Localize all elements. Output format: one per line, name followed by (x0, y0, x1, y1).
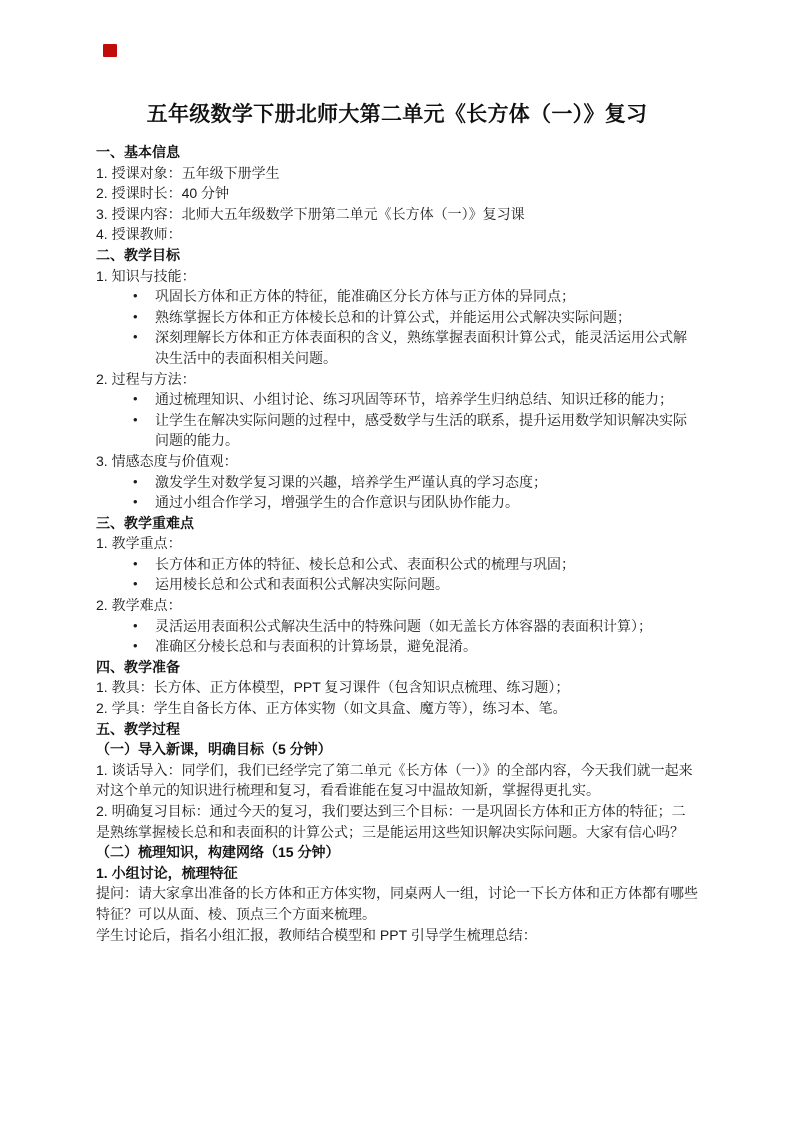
bullet-text: 深刻理解长方体和正方体表面积的含义，熟练掌握表面积计算公式，能灵活运用公式解决生… (155, 329, 687, 366)
bullet-icon: • (133, 636, 138, 657)
paragraph: 4. 授课教师： (96, 224, 698, 245)
paragraph: 2. 授课时长：40 分钟 (96, 183, 698, 204)
bullet-item: •熟练掌握长方体和正方体棱长总和的计算公式，并能运用公式解决实际问题； (96, 307, 698, 328)
bullet-text: 巩固长方体和正方体的特征，能准确区分长方体与正方体的异同点； (155, 288, 575, 304)
paragraph: 1. 谈话导入：同学们，我们已经学完了第二单元《长方体（一）》的全部内容，今天我… (96, 760, 698, 801)
section-heading: 四、教学准备 (96, 657, 698, 678)
section-heading: 五、教学过程 (96, 719, 698, 740)
bullet-icon: • (133, 616, 138, 637)
section-heading: 二、教学目标 (96, 245, 698, 266)
bullet-item: •通过小组合作学习，增强学生的合作意识与团队协作能力。 (96, 492, 698, 513)
bullet-item: •通过梳理知识、小组讨论、练习巩固等环节，培养学生归纳总结、知识迁移的能力； (96, 389, 698, 410)
bullet-text: 激发学生对数学复习课的兴趣，培养学生严谨认真的学习态度； (155, 474, 547, 490)
bullet-text: 运用棱长总和公式和表面积公式解决实际问题。 (155, 576, 449, 592)
section-heading: 三、教学重难点 (96, 513, 698, 534)
bullet-icon: • (133, 554, 138, 575)
bullet-text: 通过梳理知识、小组讨论、练习巩固等环节，培养学生归纳总结、知识迁移的能力； (155, 391, 673, 407)
bullet-text: 让学生在解决实际问题的过程中，感受数学与生活的联系，提升运用数学知识解决实际问题… (155, 412, 687, 449)
paragraph: 2. 明确复习目标：通过今天的复习，我们要达到三个目标：一是巩固长方体和正方体的… (96, 801, 698, 842)
paragraph: 1. 知识与技能： (96, 266, 698, 287)
bullet-text: 通过小组合作学习，增强学生的合作意识与团队协作能力。 (155, 494, 519, 510)
bullet-item: •巩固长方体和正方体的特征，能准确区分长方体与正方体的异同点； (96, 286, 698, 307)
document-page: 五年级数学下册北师大第二单元《长方体（一）》复习 一、基本信息1. 授课对象：五… (0, 0, 794, 1123)
bold-paragraph: 1. 小组讨论，梳理特征 (96, 863, 698, 884)
paragraph: 2. 学具：学生自备长方体、正方体实物（如文具盒、魔方等），练习本、笔。 (96, 698, 698, 719)
sub-section-heading: （一）导入新课，明确目标（5 分钟） (96, 739, 698, 760)
document-title: 五年级数学下册北师大第二单元《长方体（一）》复习 (96, 102, 698, 127)
paragraph: 3. 情感态度与价值观： (96, 451, 698, 472)
section-heading: 一、基本信息 (96, 142, 698, 163)
bullet-item: •激发学生对数学复习课的兴趣，培养学生严谨认真的学习态度； (96, 472, 698, 493)
bullet-icon: • (133, 327, 138, 348)
paragraph: 1. 教具：长方体、正方体模型，PPT 复习课件（包含知识点梳理、练习题）； (96, 677, 698, 698)
bullet-icon: • (133, 472, 138, 493)
bullet-text: 准确区分棱长总和与表面积的计算场景，避免混淆。 (155, 638, 477, 654)
paragraph: 2. 过程与方法： (96, 369, 698, 390)
bullet-item: •长方体和正方体的特征、棱长总和公式、表面积公式的梳理与巩固； (96, 554, 698, 575)
paragraph: 学生讨论后，指名小组汇报，教师结合模型和 PPT 引导学生梳理总结： (96, 925, 698, 946)
bullet-icon: • (133, 286, 138, 307)
bullet-icon: • (133, 492, 138, 513)
bullet-text: 长方体和正方体的特征、棱长总和公式、表面积公式的梳理与巩固； (155, 556, 575, 572)
paragraph: 提问：请大家拿出准备的长方体和正方体实物，同桌两人一组，讨论一下长方体和正方体都… (96, 883, 698, 924)
bullet-text: 灵活运用表面积公式解决生活中的特殊问题（如无盖长方体容器的表面积计算）； (155, 618, 652, 634)
sub-section-heading: （二）梳理知识，构建网络（15 分钟） (96, 842, 698, 863)
bullet-icon: • (133, 389, 138, 410)
bullet-item: •让学生在解决实际问题的过程中，感受数学与生活的联系，提升运用数学知识解决实际问… (96, 410, 698, 451)
bullet-text: 熟练掌握长方体和正方体棱长总和的计算公式，并能运用公式解决实际问题； (155, 309, 631, 325)
bullet-item: •准确区分棱长总和与表面积的计算场景，避免混淆。 (96, 636, 698, 657)
paragraph: 3. 授课内容：北师大五年级数学下册第二单元《长方体（一）》复习课 (96, 204, 698, 225)
bullet-item: •灵活运用表面积公式解决生活中的特殊问题（如无盖长方体容器的表面积计算）； (96, 616, 698, 637)
paragraph: 1. 教学重点： (96, 533, 698, 554)
bullet-icon: • (133, 574, 138, 595)
document-content: 五年级数学下册北师大第二单元《长方体（一）》复习 一、基本信息1. 授课对象：五… (96, 0, 698, 945)
bullet-icon: • (133, 410, 138, 431)
bullet-item: •深刻理解长方体和正方体表面积的含义，熟练掌握表面积计算公式，能灵活运用公式解决… (96, 327, 698, 368)
paragraph: 1. 授课对象：五年级下册学生 (96, 163, 698, 184)
paragraph: 2. 教学难点： (96, 595, 698, 616)
body-blocks: 一、基本信息1. 授课对象：五年级下册学生2. 授课时长：40 分钟3. 授课内… (96, 142, 698, 945)
bullet-icon: • (133, 307, 138, 328)
bullet-item: •运用棱长总和公式和表面积公式解决实际问题。 (96, 574, 698, 595)
